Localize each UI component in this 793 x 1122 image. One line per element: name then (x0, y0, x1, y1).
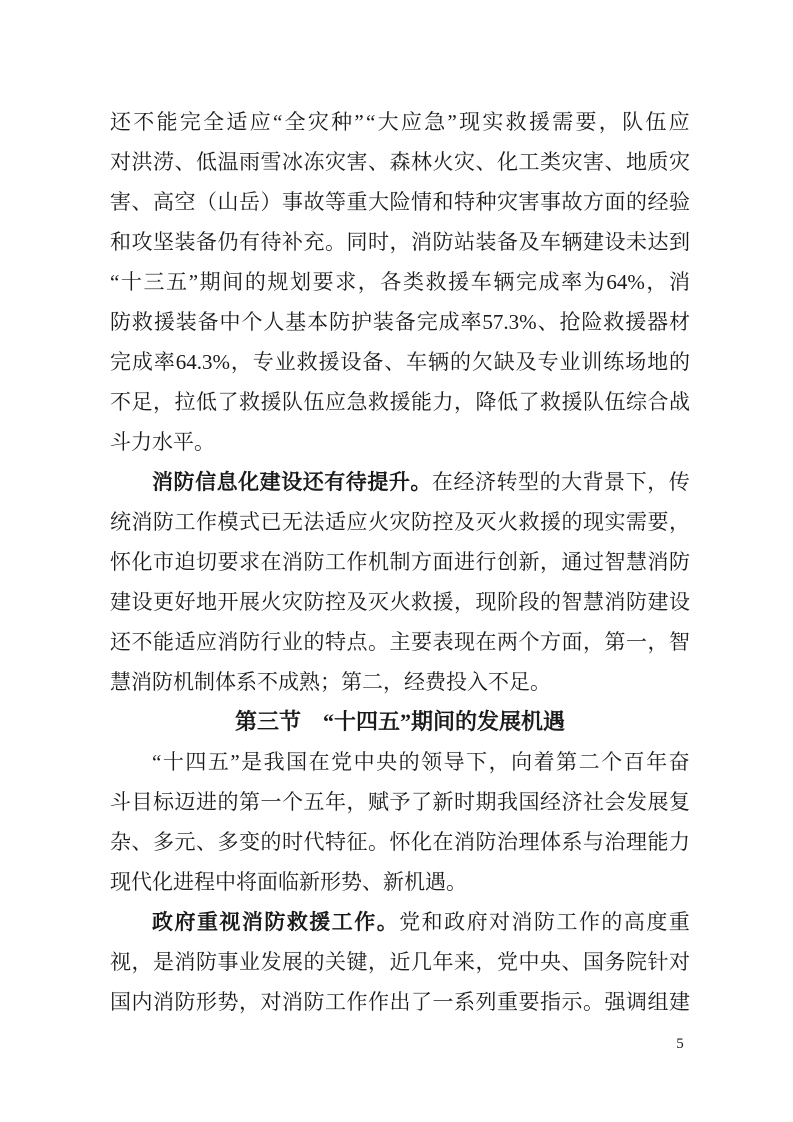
text-run: 种 (331, 102, 352, 142)
text-run: 灭 (368, 582, 389, 622)
text-run: 装 (373, 302, 394, 342)
text-run: 慧 (583, 582, 604, 622)
text-run: ， (648, 622, 669, 662)
text-line: 和攻坚装备仍有待补充。同时，消防站装备及车辆建设未达到 (110, 222, 690, 262)
text-run: 变 (239, 822, 260, 862)
text-run: 灾 (282, 582, 303, 622)
text-run: 形 (196, 982, 217, 1022)
text-run: ， (231, 342, 252, 382)
text-run: 控 (433, 502, 454, 542)
text-run: 过 (583, 542, 604, 582)
text-run: 足 (132, 382, 153, 422)
text-run: 伍 (645, 102, 666, 142)
text-run: 表 (433, 622, 454, 662)
text-run: 救 (506, 102, 527, 142)
text-run: 划 (290, 262, 311, 302)
text-run: ， (368, 942, 389, 982)
text-run: 援 (529, 102, 550, 142)
text-run: 援 (319, 342, 340, 382)
text-run: 经 (453, 462, 474, 502)
text-line: 慧消防机制体系不成熟；第二，经费投入不足。 (110, 662, 690, 702)
text-run: 、 (562, 942, 583, 982)
text-run: 火 (368, 502, 389, 542)
text-run: 视 (110, 942, 131, 982)
text-run: 及 (516, 342, 537, 382)
text-run: 完 (180, 102, 201, 142)
text-run: 队 (583, 382, 604, 422)
text-run: 险 (390, 182, 411, 222)
text-run: 坚 (153, 222, 174, 262)
text-run: 两 (497, 622, 518, 662)
text-run: 防 (153, 502, 174, 542)
text-run: 领 (421, 742, 442, 782)
text-run: 时 (282, 822, 303, 862)
text-run: 车 (406, 342, 427, 382)
text-run: ” (447, 102, 456, 142)
text-run: 灾 (325, 142, 346, 182)
text-run: 会 (605, 782, 626, 822)
text-line: 对洪涝、低温雨雪冰冻灾害、森林火灾、化工类灾害、地质灾 (110, 142, 690, 182)
text-run: 。 (377, 902, 398, 942)
text-run: 消 (411, 222, 432, 262)
text-run: 防 (196, 942, 217, 982)
text-run: 火 (433, 142, 454, 182)
text-run: 中 (354, 742, 375, 782)
text-run: 五 (208, 742, 229, 782)
text-run: 护 (351, 302, 372, 342)
text-run: 辆 (428, 342, 449, 382)
text-run: 验 (669, 182, 690, 222)
text-run: 涝 (153, 142, 174, 182)
text-run: 的 (562, 502, 583, 542)
text-run: ” (230, 742, 239, 782)
text-run: 在 (476, 622, 497, 662)
text-run: 训 (581, 342, 602, 382)
text-run: 现 (454, 622, 475, 662)
text-run: 奋 (669, 742, 690, 782)
text-run: 十 (163, 742, 184, 782)
text-run: 辆 (493, 262, 514, 302)
text-run: 援 (540, 502, 561, 542)
text-run: 多 (218, 822, 239, 862)
text-run: 、 (132, 182, 153, 222)
text-run: 下 (466, 742, 487, 782)
text-run: 车 (471, 262, 492, 302)
text-run: ， (489, 742, 510, 782)
text-run: 抢 (559, 302, 580, 342)
text-run: 社 (583, 782, 604, 822)
text-run: 、 (538, 302, 559, 342)
text-run: 了 (411, 782, 432, 822)
text-run: 援 (261, 382, 282, 422)
text-run: 及 (454, 502, 475, 542)
text-run: 事 (282, 182, 303, 222)
text-run: 方 (583, 182, 604, 222)
text-run: 的 (304, 622, 325, 662)
text-run: 发 (626, 782, 647, 822)
text-run: 化 (497, 142, 518, 182)
text-run: 援 (390, 382, 411, 422)
text-run: 机 (368, 542, 389, 582)
text-run: 迫 (175, 542, 196, 582)
text-run: 及 (519, 222, 540, 262)
text-run: 模 (218, 502, 239, 542)
text-run: “ (273, 102, 282, 142)
text-run: 国 (286, 742, 307, 782)
text-run: 消 (153, 982, 174, 1022)
text-run: 备 (497, 222, 518, 262)
text-run: ） (261, 182, 282, 222)
text-run: （ (196, 182, 217, 222)
text-run: 达 (648, 222, 669, 262)
text-run: 了 (519, 382, 540, 422)
text-run: 是 (241, 742, 262, 782)
text-run: 作 (368, 982, 389, 1022)
text-run: 调 (626, 982, 647, 1022)
text-run: 火 (497, 502, 518, 542)
text-run: 三 (144, 262, 165, 302)
text-run: ， (583, 622, 604, 662)
text-run: 率 (561, 262, 582, 302)
text-run: 成 (539, 262, 560, 302)
text-run: 场 (625, 342, 646, 382)
text-run: 提 (367, 462, 388, 502)
text-run: 地 (647, 342, 668, 382)
text-run: 人 (263, 302, 284, 342)
text-run: 装 (176, 302, 197, 342)
text-run: 代 (304, 822, 325, 862)
text-run: 欠 (472, 342, 493, 382)
text-run: 、 (605, 142, 626, 182)
text-run: ， (454, 582, 475, 622)
text-run: 元 (175, 822, 196, 862)
text-run: 的 (218, 782, 239, 822)
text-run: 时 (368, 222, 389, 262)
text-run: 灾 (497, 182, 518, 222)
text-run: 统 (110, 502, 131, 542)
text-run: 要 (576, 102, 597, 142)
text-run: 伍 (304, 382, 325, 422)
text-run: 经 (648, 182, 669, 222)
text-run: 期 (200, 262, 221, 302)
text-run: 杂 (110, 822, 131, 862)
text-run: 方 (540, 622, 561, 662)
text-run: 、 (384, 342, 405, 382)
text-run: 更 (153, 582, 174, 622)
text-run: 行 (476, 542, 497, 582)
text-run: 64.3% (176, 342, 230, 382)
text-line: “十四五”是我国在党中央的领导下，向着第二个百年奋 (110, 742, 690, 782)
text-run: 现 (459, 102, 480, 142)
text-run: 智 (605, 542, 626, 582)
text-run: 攻 (132, 222, 153, 262)
text-run: ， (646, 262, 667, 302)
text-line: 视，是消防事业发展的关键，近几年来，党中央、国务院针对 (110, 942, 690, 982)
text-run: 新 (433, 782, 454, 822)
text-run: 消 (512, 902, 533, 942)
text-line: 斗目标迈进的第一个五年，赋予了新时期我国经济社会发展复 (110, 782, 690, 822)
text-run: 特 (454, 182, 475, 222)
text-run: 力 (433, 382, 454, 422)
text-run: 和 (422, 902, 443, 942)
text-run: 治 (605, 822, 626, 862)
text-run: 升 (389, 462, 410, 502)
text-run: 务 (605, 942, 626, 982)
text-run: 组 (648, 982, 669, 1022)
text-run: 森 (390, 142, 411, 182)
text-run: 综 (626, 382, 647, 422)
text-run: 无 (282, 502, 303, 542)
text-run: 山 (218, 182, 239, 222)
text-run: 段 (519, 582, 540, 622)
text-run: 济 (475, 462, 496, 502)
text-line: 消防信息化建设还有待提升。在经济转型的大背景下，传 (110, 462, 690, 502)
text-run: 切 (196, 542, 217, 582)
text-run: 高 (624, 902, 645, 942)
text-run: 救 (603, 302, 624, 342)
text-run: 消 (242, 902, 263, 942)
text-run: 消 (218, 622, 239, 662)
text-run: 控 (325, 582, 346, 622)
text-run: “ (110, 262, 119, 302)
text-line: 现代化进程中将面临新形势、新机遇。 (110, 862, 690, 902)
text-run: 事 (218, 942, 239, 982)
text-run: 求 (239, 542, 260, 582)
text-run: 要 (411, 622, 432, 662)
text-run: 的 (626, 182, 647, 222)
text-run: 防 (174, 462, 195, 502)
text-run: 备 (362, 342, 383, 382)
text-run: 需 (552, 102, 573, 142)
text-run: 赋 (368, 782, 389, 822)
text-run: 业 (275, 342, 296, 382)
text-run: 冻 (304, 142, 325, 182)
text-run: 救 (132, 302, 153, 342)
text-run: 还 (303, 462, 324, 502)
text-line: 统消防工作模式已无法适应火灾防控及灭火救援的现实需要， (110, 502, 690, 542)
text-run: 开 (218, 582, 239, 622)
text-run: 方 (411, 542, 432, 582)
text-run: 战 (669, 382, 690, 422)
text-run: 器 (647, 302, 668, 342)
text-run: 消 (152, 462, 173, 502)
text-run: 援 (154, 302, 175, 342)
text-run: 应 (196, 622, 217, 662)
text-run: 拉 (175, 382, 196, 422)
text-run: 信 (195, 462, 216, 502)
text-run: 、 (196, 822, 217, 862)
text-run: 未 (626, 222, 647, 262)
paragraph-14th-five-year-context: “十四五”是我国在党中央的领导下，向着第二个百年奋斗目标迈进的第一个五年，赋予了… (110, 742, 690, 902)
text-run: 为 (584, 262, 605, 302)
text-run: 院 (626, 942, 647, 982)
text-run: 消 (454, 822, 475, 862)
text-run: 求 (335, 262, 356, 302)
text-run: 完 (516, 262, 537, 302)
text-run: 第 (556, 742, 577, 782)
text-run: 关 (325, 942, 346, 982)
text-run: 需 (626, 502, 647, 542)
text-run: 业 (559, 342, 580, 382)
text-run: 个 (241, 302, 262, 342)
text-run: 年 (646, 742, 667, 782)
text-run: 害 (519, 182, 540, 222)
text-run: 防 (669, 542, 690, 582)
text-run: 对 (261, 982, 282, 1022)
text-run: 已 (261, 502, 282, 542)
text-line: 建设更好地开展火灾防控及灭火救援，现阶段的智慧消防建设 (110, 582, 690, 622)
text-run: 消 (605, 582, 626, 622)
text-run: 重 (669, 902, 690, 942)
text-run: 援 (309, 902, 330, 942)
text-line: 怀化市迫切要求在消防工作机制方面进行创新，通过智慧消防 (110, 542, 690, 582)
text-run: 在 (309, 742, 330, 782)
text-run: 强 (605, 982, 626, 1022)
text-run: ， (669, 502, 690, 542)
text-run: 重 (347, 182, 368, 222)
text-run: 对 (489, 902, 510, 942)
text-run: 系 (562, 822, 583, 862)
text-run: ， (132, 942, 153, 982)
text-run: ， (390, 222, 411, 262)
text-run: 大 (561, 462, 582, 502)
text-run: 还 (110, 622, 131, 662)
text-run: 的 (540, 462, 561, 502)
text-run: 率 (461, 302, 482, 342)
text-run: 发 (261, 942, 282, 982)
text-run: 视 (219, 902, 240, 942)
text-run: ， (153, 382, 174, 422)
text-run: 业 (282, 622, 303, 662)
text-run: 化 (132, 542, 153, 582)
text-run: 近 (390, 942, 411, 982)
text-run: ， (476, 942, 497, 982)
text-run: 设 (281, 462, 302, 502)
text-run: 救 (540, 382, 561, 422)
text-run: 面 (562, 622, 583, 662)
text-run: 是 (153, 942, 174, 982)
text-run: ， (239, 982, 260, 1022)
text-run: 业 (239, 942, 260, 982)
text-run: 治 (497, 822, 518, 862)
text-run: 展 (239, 582, 260, 622)
text-run: 缺 (494, 342, 515, 382)
text-run: 作 (196, 502, 217, 542)
document-page: 还不能完全适应“全灾种”“大应急”现实救援需要，队伍应对洪涝、低温雨雪冰冻灾害、… (0, 0, 793, 1122)
text-run: 予 (390, 782, 411, 822)
text-run: 第 (605, 622, 626, 662)
text-run: 复 (669, 782, 690, 822)
text-run: 力 (669, 822, 690, 862)
text-run: 央 (540, 942, 561, 982)
text-run: 害 (347, 142, 368, 182)
text-run: 能 (648, 822, 669, 862)
text-run: 防 (534, 902, 555, 942)
text-run: 情 (411, 182, 432, 222)
text-run: 建 (648, 582, 669, 622)
text-run: 键 (347, 942, 368, 982)
text-run: 建 (260, 462, 281, 502)
text-run: 防 (175, 982, 196, 1022)
text-run: 工 (325, 542, 346, 582)
text-run: 防 (304, 582, 325, 622)
text-run: 重 (497, 982, 518, 1022)
text-run: 制 (390, 542, 411, 582)
text-run: 设 (669, 582, 690, 622)
text-run: 防 (433, 222, 454, 262)
text-run: 大 (368, 182, 389, 222)
text-run: 慧消防机制体系不成熟；第二，经费投入不足。 (110, 670, 551, 694)
text-run: 57.3% (482, 302, 536, 342)
text-run: 点 (347, 622, 368, 662)
text-run: 专 (538, 342, 559, 382)
text-run: 降 (476, 382, 497, 422)
text-run: 完 (417, 302, 438, 342)
text-run: 消 (648, 542, 669, 582)
text-run: 作 (347, 542, 368, 582)
text-run: 、 (476, 142, 497, 182)
text-run: 防 (304, 982, 325, 1022)
text-run: 要 (648, 502, 669, 542)
text-run: 和 (433, 182, 454, 222)
text-run: 等 (325, 182, 346, 222)
text-run: 援 (433, 582, 454, 622)
text-run: 装 (476, 222, 497, 262)
text-run: 练 (603, 342, 624, 382)
text-run: 作 (347, 982, 368, 1022)
text-run: 党 (331, 742, 352, 782)
text-run: 体 (540, 822, 561, 862)
text-run: 类 (403, 262, 424, 302)
text-run: 阶 (497, 582, 518, 622)
text-run: 低 (196, 382, 217, 422)
text-run: 景 (604, 462, 625, 502)
paragraph-rescue-equipment-shortfalls: 还不能完全适应“全灾种”“大应急”现实救援需要，队伍应对洪涝、低温雨雪冰冻灾害、… (110, 102, 690, 462)
text-run: 补 (282, 222, 303, 262)
text-run: 消 (282, 542, 303, 582)
text-run: 十 (121, 262, 142, 302)
text-run: 着 (534, 742, 555, 782)
text-run: 事 (540, 182, 561, 222)
text-run: 防 (476, 822, 497, 862)
text-run: 党 (497, 942, 518, 982)
text-run: 新 (519, 542, 540, 582)
text-run: 温 (218, 142, 239, 182)
text-line: 斗力水平。 (110, 422, 690, 462)
text-run: 主 (390, 622, 411, 662)
text-run: 出 (390, 982, 411, 1022)
text-run: 进 (454, 542, 475, 582)
text-run: 适 (325, 502, 346, 542)
text-run: 势 (218, 982, 239, 1022)
text-run: 二 (579, 742, 600, 782)
text-run: 来 (454, 942, 475, 982)
text-run: 高 (153, 182, 174, 222)
text-run: 救 (426, 262, 447, 302)
text-run: 火 (390, 582, 411, 622)
text-run: 急 (424, 102, 445, 142)
text-run: 能 (153, 622, 174, 662)
text-run: 救 (239, 382, 260, 422)
text-run: 大 (378, 102, 399, 142)
text-run: “ (152, 742, 161, 782)
text-run: 年 (433, 942, 454, 982)
text-run: 雪 (261, 142, 282, 182)
text-run: 了 (411, 982, 432, 1022)
text-run: 、 (132, 822, 153, 862)
text-run: 实 (605, 502, 626, 542)
text-run: 工 (332, 902, 353, 942)
